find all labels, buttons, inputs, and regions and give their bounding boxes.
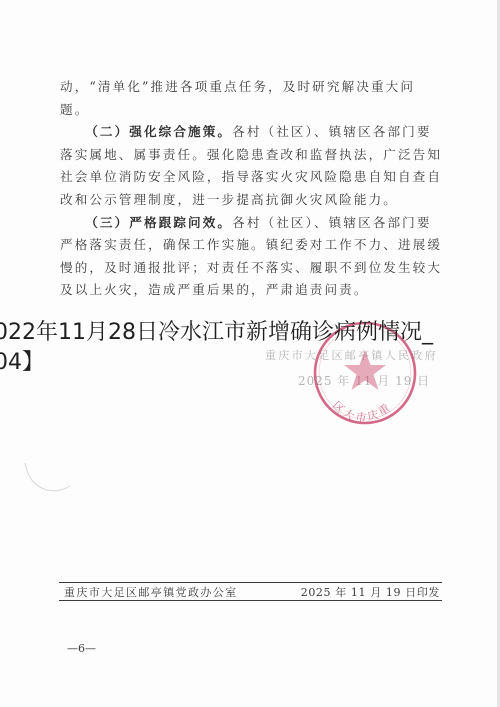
overlay-title-line-1: 022年11月28日冷水江市新增确诊病例情况_: [0, 320, 433, 345]
footer-divider-bottom: [59, 600, 442, 601]
overlay-title: 022年11月28日冷水江市新增确诊病例情况_ 04】: [0, 318, 433, 378]
page-number: —6—: [67, 642, 96, 655]
footer-issue-date: 2025 年 11 月 19 日印发: [301, 584, 440, 600]
paragraph-1: 动，“清单化”推进各项重点任务，及时研究解决重大问题。: [60, 76, 444, 121]
overlay-title-line-2: 04】: [0, 348, 433, 378]
document-body: 动，“清单化”推进各项重点任务，及时研究解决重大问题。 （二）强化综合施策。各村…: [60, 76, 444, 302]
section-heading-3: （三）严格跟踪问效。: [85, 215, 232, 230]
section-heading-2: （二）强化综合施策。: [85, 124, 232, 139]
svg-text:市: 市: [354, 410, 367, 425]
paragraph-3: （三）严格跟踪问效。各村（社区）、镇辖区各部门要严格落实责任，确保工作实施。镇纪…: [60, 212, 444, 302]
document-page: 动，“清单化”推进各项重点任务，及时研究解决重大问题。 （二）强化综合施策。各村…: [0, 0, 500, 707]
footer-issuer: 重庆市大足区邮亭镇党政办公室: [64, 584, 238, 600]
paragraph-text: 动，“清单化”推进各项重点任务，及时研究解决重大问题。: [60, 79, 415, 117]
paragraph-2: （二）强化综合施策。各村（社区）、镇辖区各部门要落实属地、属事责任。强化隐患查改…: [60, 121, 444, 211]
scan-artifact-arc: [22, 458, 72, 498]
